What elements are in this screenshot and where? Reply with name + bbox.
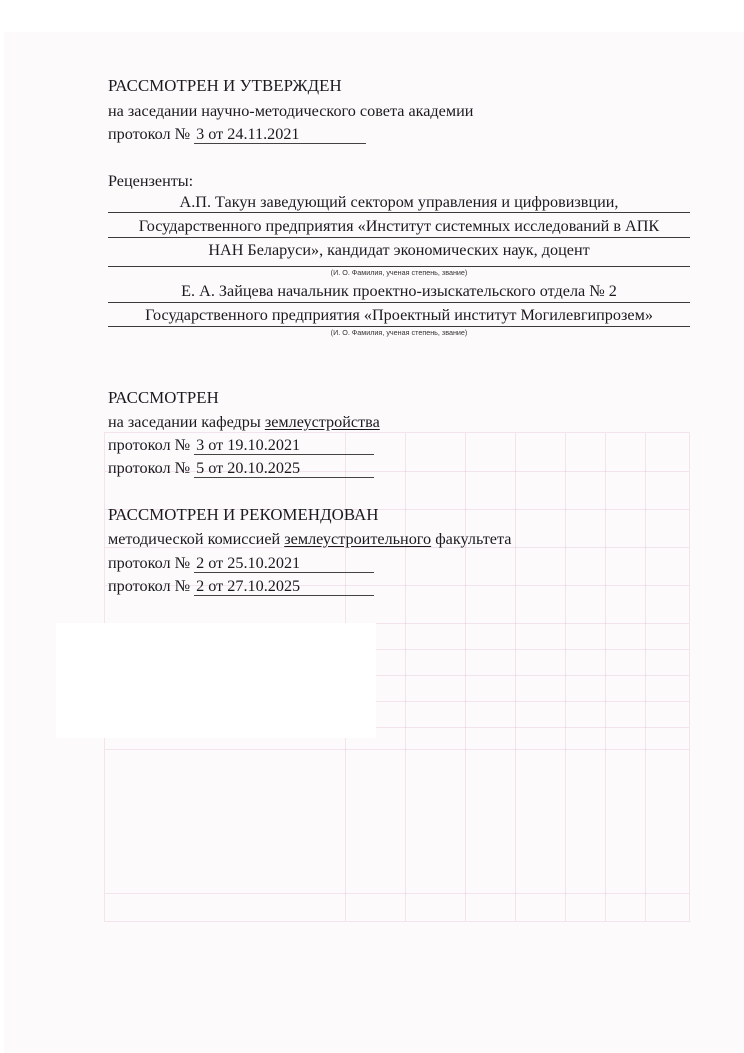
protocol-label: протокол № xyxy=(108,554,194,572)
underline-rule xyxy=(108,237,690,238)
department-protocol-1: протокол № 3 от 19.10.2021 xyxy=(108,435,374,455)
protocol-value: 3 от 24.11.2021 xyxy=(194,126,366,144)
reviewer2-line-2: Государственного предприятия «Проектный … xyxy=(108,305,690,325)
protocol-label: протокол № xyxy=(108,459,194,477)
department-name: землеустройства xyxy=(265,413,380,431)
underline-rule xyxy=(108,266,690,267)
underline-rule xyxy=(108,302,690,303)
reviewers-heading: Рецензенты: xyxy=(108,171,193,191)
approval-body: на заседании научно-методического совета… xyxy=(108,101,473,121)
commission-protocol-1: протокол № 2 от 25.10.2021 xyxy=(108,553,374,573)
approval-heading: РАССМОТРЕН И УТВЕРЖДЕН xyxy=(108,76,342,96)
reviewer1-line-1: А.П. Такун заведующий сектором управлени… xyxy=(108,192,690,212)
department-body: на заседании кафедры землеустройства xyxy=(108,412,380,432)
underline-rule xyxy=(108,326,690,327)
protocol-value: 2 от 27.10.2025 xyxy=(194,578,374,596)
department-heading: РАССМОТРЕН xyxy=(108,388,219,408)
department-body-prefix: на заседании кафедры xyxy=(108,413,265,431)
commission-body-prefix: методической комиссией xyxy=(108,530,284,548)
reviewer2-caption: (И. О. Фамилия, ученая степень, звание) xyxy=(108,328,690,337)
reviewer2-line-1: Е. А. Зайцева начальник проектно-изыскат… xyxy=(108,281,690,301)
department-protocol-2: протокол № 5 от 20.10.2025 xyxy=(108,458,374,478)
protocol-label: протокол № xyxy=(108,577,194,595)
protocol-label: протокол № xyxy=(108,125,194,143)
approval-protocol: протокол № 3 от 24.11.2021 xyxy=(108,124,366,144)
reviewer1-line-3: НАН Беларуси», кандидат экономических на… xyxy=(108,240,690,260)
commission-body: методической комиссией землеустроительно… xyxy=(108,529,511,549)
protocol-label: протокол № xyxy=(108,436,194,454)
reviewer1-caption: (И. О. Фамилия, ученая степень, звание) xyxy=(108,268,690,277)
commission-body-suffix: факультета xyxy=(431,530,511,548)
redaction-patch xyxy=(56,623,376,738)
protocol-value: 5 от 20.10.2025 xyxy=(194,460,374,478)
underline-rule xyxy=(108,212,690,213)
protocol-value: 3 от 19.10.2021 xyxy=(194,437,374,455)
faculty-name: землеустроительного xyxy=(284,530,431,548)
commission-heading: РАССМОТРЕН И РЕКОМЕНДОВАН xyxy=(108,505,379,525)
reviewer1-line-2: Государственного предприятия «Институт с… xyxy=(108,216,690,236)
commission-protocol-2: протокол № 2 от 27.10.2025 xyxy=(108,576,374,596)
protocol-value: 2 от 25.10.2021 xyxy=(194,555,374,573)
